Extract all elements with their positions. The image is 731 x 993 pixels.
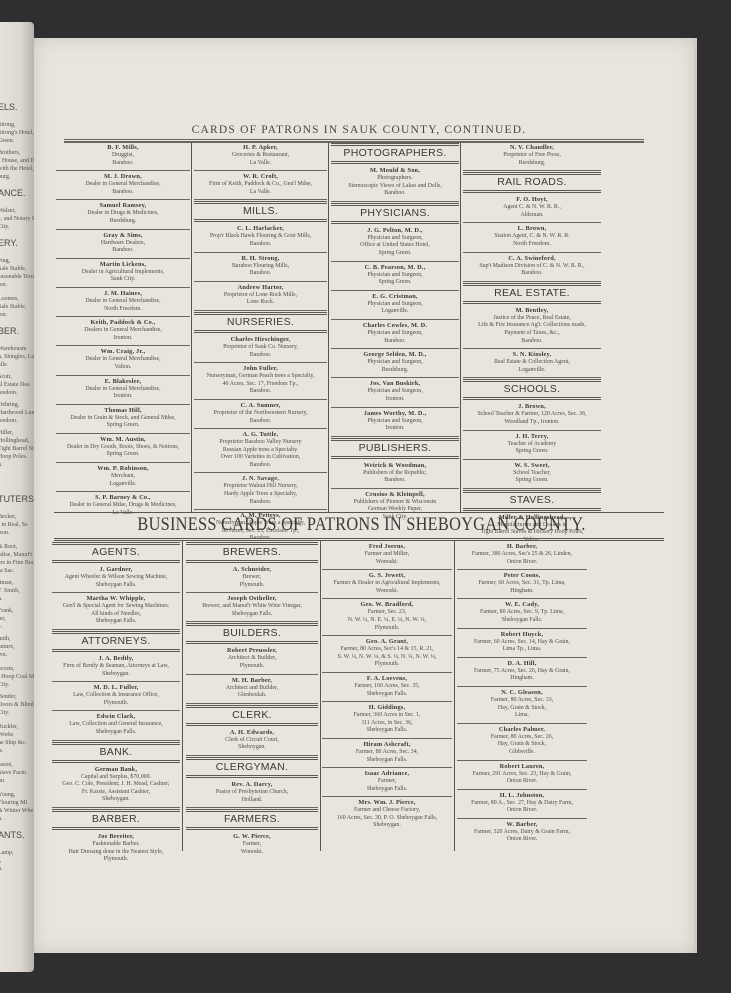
- patron-name: B. F. Mills,: [56, 144, 190, 152]
- left-page-text-fragment: h.: [0, 866, 34, 873]
- patron-name: H. Barber,: [457, 543, 587, 551]
- card-detail-line: Stereoscopic Views of Lakes and Dells,: [331, 183, 459, 191]
- patron-name: M. Bentley,: [463, 307, 601, 315]
- card-detail-line: Ironton.: [56, 393, 190, 401]
- card-detail-line: Reedsburg.: [56, 218, 190, 226]
- left-page-text-fragment: Lamp,: [0, 850, 34, 857]
- card-detail-line: Spring Green.: [56, 451, 190, 459]
- left-page-text-fragment: & Winter Whe: [0, 808, 34, 815]
- card-detail-line: Dealer in Agricultural Implements,: [56, 269, 190, 277]
- card-detail-line: Sheboygan Falls.: [322, 727, 452, 735]
- title-rule: [64, 139, 644, 140]
- left-page-text-fragment: ton.: [0, 312, 34, 319]
- left-page-text-fragment: Walser,: [0, 208, 34, 215]
- card-detail-line: Teacher of Academy: [463, 441, 601, 449]
- card-detail-line: Spring Green.: [463, 448, 601, 456]
- card-detail-line: School Teacher,: [463, 470, 601, 478]
- business-card: Geo. A. Grant,Farmer, 80 Acres, Sec's 14…: [322, 636, 452, 673]
- card-detail-line: Sheboygan.: [52, 671, 180, 679]
- sheboygan-column-4: H. Barber,Farmer, 380 Acres, Sec's 25 & …: [457, 541, 587, 847]
- patron-name: Wm. Craig, Jr.,: [56, 348, 190, 356]
- business-card: John Fuller,Nurseryman, German Peach tre…: [194, 363, 327, 400]
- patron-name: Geo. W. Bradford,: [322, 601, 452, 609]
- business-card: A. G. Tuttle,Proprietor Baraboo Valley N…: [194, 429, 327, 473]
- business-card: J. M. Haines,Dealer in General Merchandi…: [56, 288, 190, 317]
- left-page-text-fragment: t,: [0, 858, 34, 865]
- card-detail-line: Loganville.: [331, 308, 459, 316]
- business-card: Gray & Sims,Hardware Dealers,Baraboo.: [56, 230, 190, 259]
- left-page-text-fragment: Stave Facto: [0, 770, 34, 777]
- category-heading: SCHOOLS.: [463, 379, 601, 400]
- card-detail-line: Dealer in General Merchandise,: [56, 356, 190, 364]
- left-page-text-fragment: n.: [0, 596, 34, 603]
- left-page-text-fragment: ne Ship &c.: [0, 740, 34, 747]
- sheboygan-title-rule-bottom: [54, 538, 664, 539]
- card-detail-line: Farmer, 380 Acres, Sec's 25 & 26, Linden…: [457, 551, 587, 559]
- left-page-text-fragment: Ruckler,: [0, 724, 34, 731]
- left-page-category-fragment: ELS.: [0, 104, 34, 111]
- category-heading: AGENTS.: [52, 542, 180, 563]
- business-card: R. H. Strong,Baraboo Flouring Mills,Bara…: [194, 253, 327, 282]
- patron-name: Thomas Hill,: [56, 407, 190, 415]
- card-detail-line: Plymouth.: [186, 663, 318, 671]
- category-heading: PHOTOGRAPHERS.: [331, 143, 459, 164]
- patron-name: Joseph Ostheller,: [186, 595, 318, 603]
- sauk-column-3: PHOTOGRAPHERS.M. Mould & Son,Photographe…: [331, 142, 459, 525]
- patron-name: Keith, Paddock & Co.,: [56, 319, 190, 327]
- card-detail-line: Loganville.: [463, 367, 601, 375]
- patron-name: Robert Huyck,: [457, 631, 587, 639]
- patron-name: R. H. Strong,: [194, 255, 327, 263]
- patron-name: Robert Lauren,: [457, 763, 587, 771]
- patron-name: Fred Joerns,: [322, 543, 452, 551]
- patron-name: German Bank,: [52, 766, 180, 774]
- left-page-category-fragment: ERY.: [0, 240, 34, 247]
- patron-name: W. Barber,: [457, 821, 587, 829]
- left-page-text-fragment: on.: [0, 778, 34, 785]
- card-detail-line: Baraboo.: [194, 270, 327, 278]
- patron-name: M. J. Drown,: [56, 173, 190, 181]
- card-detail-line: North Freedom.: [463, 241, 601, 249]
- card-detail-line: Valton.: [56, 364, 190, 372]
- card-detail-line: Baraboo.: [331, 190, 459, 198]
- column-divider: [328, 142, 329, 512]
- card-detail-line: Ironton.: [331, 396, 459, 404]
- business-card: Isaac Adriance,Farmer,Sheboygan Falls.: [322, 768, 452, 797]
- card-detail-line: Merchant,: [56, 473, 190, 481]
- document-page: CARDS OF PATRONS IN SAUK COUNTY, CONTINU…: [34, 38, 694, 953]
- sauk-column-4: N. V. Chandler,Proprietor of Free Press,…: [463, 142, 601, 548]
- card-detail-line: La Valle.: [194, 160, 327, 168]
- patron-name: J. A. Bedtly,: [52, 655, 180, 663]
- business-card: D. A. Hill,Farmer, 75 Acres, Sec. 26, Ha…: [457, 658, 587, 687]
- card-detail-line: Onion River.: [457, 807, 587, 815]
- left-page-text-fragment: Green.: [0, 138, 34, 145]
- left-page-text-fragment: reedom.: [0, 418, 34, 425]
- business-card: Edwin Clark,Law, Collection and General …: [52, 711, 180, 740]
- patron-name: Charles Cowles, M. D.: [331, 322, 459, 330]
- patron-name: Charles Palmer,: [457, 726, 587, 734]
- category-heading: MILLS.: [194, 201, 327, 222]
- business-card: Thomas Hill,Dealer in Grain & Stock, and…: [56, 405, 190, 434]
- category-heading: NURSERIES.: [194, 312, 327, 333]
- patron-name: J. Gardner,: [52, 566, 180, 574]
- patron-name: Jos. Van Buskirk,: [331, 380, 459, 388]
- card-detail-line: Baraboo.: [194, 499, 327, 507]
- card-detail-line: N. W. ¼, N. E. ¼, E. ¼, N. W. ¼,: [322, 617, 452, 625]
- patron-name: J. H. Terry,: [463, 433, 601, 441]
- left-page-text-fragment: adise, Manuf'r: [0, 552, 34, 559]
- patron-name: S. P. Barney & Co.,: [56, 494, 190, 502]
- card-detail-line: Brewer, and Manuf'r White Wine Vinegar,: [186, 603, 318, 611]
- category-heading: FARMERS.: [186, 809, 318, 830]
- card-detail-line: Farmer, 160 Acres, Sec. 35,: [322, 683, 452, 691]
- card-detail-line: Gen'l & Special Agent for Sewing Machine…: [52, 603, 180, 611]
- left-page-text-fragment: r in Real, Se: [0, 522, 34, 529]
- card-detail-line: Baraboo.: [194, 418, 327, 426]
- business-card: Fred Joerns,Farmer and Miller,Wonoski.: [322, 541, 452, 570]
- business-card: B. F. Mills,Druggist,Baraboo.: [56, 142, 190, 171]
- card-detail-line: Dealer in General Mdse, Drugs & Medicine…: [56, 502, 190, 510]
- business-card: Robert Huyck,Farmer, 60 Acres, Sec. 14, …: [457, 629, 587, 658]
- business-card: H. P. Apker,Groceries & Restaurant,La Va…: [194, 142, 327, 171]
- business-card: M. D. L. Fuller,Law, Collection & Insura…: [52, 682, 180, 711]
- card-detail-line: Physician and Surgeon,: [331, 418, 459, 426]
- business-card: F. A. Loevens,Farmer, 160 Acres, Sec. 35…: [322, 673, 452, 702]
- card-detail-line: Proprietor of the Northwestern Nursery,: [194, 410, 327, 418]
- card-detail-line: Agent Wheeler & Wilson Sewing Machine,: [52, 574, 180, 582]
- card-detail-line: Baraboo.: [56, 189, 190, 197]
- business-card: G. S. Jewett,Farmer & Dealer in Agricult…: [322, 570, 452, 599]
- patron-name: N. V. Chandler,: [463, 144, 601, 152]
- card-detail-line: Farmer & Dealer in Agricultural Implemen…: [322, 580, 452, 588]
- left-page-text-fragment: Flouring Mi: [0, 800, 34, 807]
- card-detail-line: Plymouth.: [52, 856, 180, 864]
- card-detail-line: Onion River.: [457, 836, 587, 844]
- card-detail-line: Lone Rock.: [194, 299, 327, 307]
- card-detail-line: Dealer in Dry Goods, Boots, Shoes, & Not…: [56, 444, 190, 452]
- card-detail-line: S. W. ¼, N. W. ¼, & S. ¼, N. ¼, N. W. ¼,: [322, 654, 452, 662]
- card-detail-line: Wonoski.: [322, 559, 452, 567]
- patron-name: G. S. Jewett,: [322, 572, 452, 580]
- patron-name: Rev. A. Darcy,: [186, 781, 318, 789]
- business-card: M. Mould & Son,Photographers.Stereoscopi…: [331, 165, 459, 202]
- card-detail-line: 40 Acres, Sec. 17, Freedom Tp.,: [194, 381, 327, 389]
- card-detail-line: La Valle.: [194, 189, 327, 197]
- card-detail-line: Sheboygan Falls.: [52, 618, 180, 626]
- card-detail-line: Farmer, 75 Acres, Sec. 26, Hay & Grain,: [457, 668, 587, 676]
- card-detail-line: Physician and Surgeon,: [331, 330, 459, 338]
- card-detail-line: Glenbeulah.: [186, 692, 318, 700]
- card-detail-line: Sheboygan.: [52, 796, 180, 804]
- card-detail-line: Sheboygan Falls.: [52, 729, 180, 737]
- left-page-text-fragment: & Root,: [0, 544, 34, 551]
- business-card: Geo. W. Bradford,Farmer, Sec. 23,N. W. ¼…: [322, 599, 452, 636]
- left-page-text-fragment: Oehring,: [0, 402, 34, 409]
- left-page-text-fragment: reedom.: [0, 390, 34, 397]
- left-page-text-fragment: al Estate Dea: [0, 382, 34, 389]
- patron-name: M. H. Barber,: [186, 677, 318, 685]
- column-divider: [454, 541, 455, 851]
- card-detail-line: Plymouth.: [322, 625, 452, 633]
- left-page-text-fragment: Young,: [0, 792, 34, 799]
- business-card: Weirick & Woodman,Publishers of the Repu…: [331, 460, 459, 489]
- card-detail-line: Farmer, 80 Acres, Sec. 9, Tp. Lima,: [457, 609, 587, 617]
- business-card: Martin Lickens,Dealer in Agricultural Im…: [56, 259, 190, 288]
- left-page-text-fragment: t Hoop Coal M: [0, 674, 34, 681]
- card-detail-line: Hardy Apple Trees a Specialty,: [194, 491, 327, 499]
- card-detail-line: Wonoski.: [186, 849, 318, 857]
- patron-name: Crusius & Kleinpell,: [331, 491, 459, 499]
- card-detail-line: Baraboo.: [331, 338, 459, 346]
- card-detail-line: Prop'r Black Hawk Flouring & Grist Mills…: [194, 233, 327, 241]
- left-page-text-fragment: Frank,: [0, 608, 34, 615]
- facing-left-page-edge: ELS.Strong,Strong's Hotel,Green.Brothers…: [0, 22, 34, 972]
- card-detail-line: Farmer, 320 Acres, Dairy & Grain Farm,: [457, 829, 587, 837]
- card-detail-line: Reedsburg.: [331, 367, 459, 375]
- category-heading: ATTORNEYS.: [52, 631, 180, 652]
- left-page-text-fragment: acoste,: [0, 666, 34, 673]
- category-heading: BARBER.: [52, 809, 180, 830]
- patron-name: Hiram Ashcraft,: [322, 741, 452, 749]
- card-detail-line: Proprietor of Lone Rock Mills,: [194, 292, 327, 300]
- category-heading: STAVES.: [463, 490, 601, 511]
- card-detail-line: Brewer,: [186, 574, 318, 582]
- business-card: J. N. Savage,Proprietor Walnut Hill Nurs…: [194, 473, 327, 510]
- patron-name: M. D. L. Fuller,: [52, 684, 180, 692]
- business-card: W. S. Sweet,School Teacher,Spring Green.: [463, 460, 601, 489]
- card-detail-line: All kinds of Needles,: [52, 611, 180, 619]
- business-card: E. Blakeslee,Dealer in General Merchandi…: [56, 376, 190, 405]
- left-page-text-fragment: burg.: [0, 174, 34, 181]
- card-detail-line: Hingham.: [457, 675, 587, 683]
- card-detail-line: Sup't Madison Division of C. & N. W. R. …: [463, 263, 601, 271]
- left-page-text-fragment: Tight Barrel St: [0, 446, 34, 453]
- card-detail-line: Baraboo Flouring Mills,: [194, 263, 327, 271]
- card-detail-line: Holland.: [186, 797, 318, 805]
- patron-name: W. S. Sweet,: [463, 462, 601, 470]
- card-detail-line: Sheboygan Falls.: [322, 786, 452, 794]
- business-card: Hiram Ashcraft,Farmer, 80 Acres, Sec. 34…: [322, 739, 452, 768]
- column-divider: [182, 541, 183, 851]
- card-detail-line: Clerk of Circuit Court,: [186, 737, 318, 745]
- business-card: Jos. Van Buskirk,Physician and Surgeon,I…: [331, 378, 459, 407]
- business-card: Wm. Craig, Jr.,Dealer in General Merchan…: [56, 346, 190, 375]
- left-page-text-fragment: anture,: [0, 644, 34, 651]
- card-detail-line: Dealer in General Merchandise,: [56, 386, 190, 394]
- business-card: M. Bentley,Justice of the Peace, Real Es…: [463, 305, 601, 349]
- business-card: German Bank,Capital and Surplus, $70,000…: [52, 764, 180, 808]
- card-detail-line: Spring Green.: [331, 250, 459, 258]
- card-detail-line: Publishers of Pioneer & Wisconsin: [331, 499, 459, 507]
- business-card: J. Gardner,Agent Wheeler & Wilson Sewing…: [52, 564, 180, 593]
- business-card: W. E. Cady,Farmer, 80 Acres, Sec. 9, Tp.…: [457, 599, 587, 628]
- card-detail-line: Farmer and Cheese Factory,: [322, 807, 452, 815]
- card-detail-line: Onion River.: [457, 559, 587, 567]
- card-detail-line: Geo. C. Cole, President; J. H. Mead, Cas…: [52, 781, 180, 789]
- business-card: J. H. Terry,Teacher of AcademySpring Gre…: [463, 431, 601, 460]
- business-card: L. Brown,Station Agent, C. & N. W. R. R.…: [463, 223, 601, 252]
- card-detail-line: Farmer,: [322, 778, 452, 786]
- card-detail-line: Baraboo.: [194, 241, 327, 249]
- left-page-category-fragment: TUTERS.: [0, 496, 34, 503]
- business-card: N. C. Gleason,Farmer, 80 Acres, Sec. 33,…: [457, 687, 587, 724]
- card-detail-line: Baraboo.: [56, 160, 190, 168]
- card-detail-line: Druggist,: [56, 152, 190, 160]
- business-card: J. A. Bedtly,Firm of Bently & Seaman, At…: [52, 653, 180, 682]
- card-detail-line: Farmer, 80 A., Sec. 27, Hay & Dairy Farm…: [457, 800, 587, 808]
- card-detail-line: Farmer,: [186, 841, 318, 849]
- patron-name: G. W. Pierce,: [186, 833, 318, 841]
- card-detail-line: Dealer in Drugs & Medicines,: [56, 210, 190, 218]
- patron-name: L. Brown,: [463, 225, 601, 233]
- left-page-category-fragment: ANTS.: [0, 832, 34, 839]
- business-card: Joe Bereiter,Fashionable Barber.Hair Dre…: [52, 831, 180, 867]
- category-heading: PUBLISHERS.: [331, 438, 459, 459]
- card-detail-line: Law, Collection & Insurance Office,: [52, 692, 180, 700]
- patron-name: M. Mould & Son,: [331, 167, 459, 175]
- left-page-text-fragment: Doors & Blind: [0, 702, 34, 709]
- card-detail-line: Ironton.: [56, 335, 190, 343]
- card-detail-line: Proprietor Baraboo Valley Nursery: [194, 439, 327, 447]
- card-detail-line: Baraboo.: [463, 338, 601, 346]
- patron-name: C. B. Pearson, M. D.,: [331, 264, 459, 272]
- card-detail-line: School Teacher & Farmer, 120 Acres, Sec.…: [463, 411, 601, 419]
- card-detail-line: Architect and Builder,: [186, 685, 318, 693]
- patron-name: Charles Hirschinger,: [194, 336, 327, 344]
- patron-name: Geo. A. Grant,: [322, 638, 452, 646]
- card-detail-line: Farmer, 60 Acres, Sec. 31, Tp. Lima,: [457, 580, 587, 588]
- patron-name: C. L. Harlacker,: [194, 225, 327, 233]
- card-detail-line: Plymouth.: [52, 700, 180, 708]
- card-detail-line: Firm of Bently & Seaman, Attorneys at La…: [52, 663, 180, 671]
- business-card: J. Brown,School Teacher & Farmer, 120 Ac…: [463, 401, 601, 430]
- left-page-text-fragment: Warehousm: [0, 346, 34, 353]
- patron-name: John Fuller,: [194, 365, 327, 373]
- card-detail-line: Sheboygan.: [186, 744, 318, 752]
- patron-name: Andrew Hartor,: [194, 284, 327, 292]
- card-detail-line: Capital and Surplus, $70,000.: [52, 774, 180, 782]
- card-detail-line: Farmer, 80 Acres, Sec. 34,: [322, 749, 452, 757]
- category-heading: BREWERS.: [186, 542, 318, 563]
- sheboygan-county-section-title: BUSINESS CARDS OF PATRONS IN SHEBOYGAN C…: [97, 514, 626, 536]
- business-card: Rev. A. Darcy,Pastor of Presbyterian Chu…: [186, 779, 318, 808]
- left-page-text-fragment: City.: [0, 682, 34, 689]
- card-detail-line: Baraboo.: [463, 270, 601, 278]
- card-detail-line: Sauk City.: [56, 276, 190, 284]
- card-detail-line: Hingham.: [457, 588, 587, 596]
- card-detail-line: Life & Fire Insurance Ag't. Collections …: [463, 322, 601, 330]
- patron-name: J. N. Savage,: [194, 475, 327, 483]
- left-page-text-fragment: easonable Term: [0, 274, 34, 281]
- card-detail-line: Fashionable Barber.: [52, 841, 180, 849]
- business-card: A. Schneider,Brewer,Plymouth.: [186, 564, 318, 593]
- business-card: H. Giddings,Farmer, 360 Acres in Sec. 1,…: [322, 702, 452, 739]
- card-detail-line: Reedsburg.: [463, 160, 601, 168]
- card-detail-line: Woodland Tp., Ironton.: [463, 419, 601, 427]
- card-detail-line: Station Agent, C. & N. W. R. R.: [463, 233, 601, 241]
- left-page-text-fragment: asson,: [0, 762, 34, 769]
- card-detail-line: Agent C. & N. W. R. R.,: [463, 204, 601, 212]
- card-detail-line: Photographers.: [331, 175, 459, 183]
- left-page-text-fragment: e, and Notary Pu: [0, 216, 34, 223]
- card-detail-line: Sheboygan Falls.: [322, 757, 452, 765]
- business-card: F. O. Hoyt,Agent C. & N. W. R. R.,Ablema…: [463, 194, 601, 223]
- patron-name: F. A. Loevens,: [322, 675, 452, 683]
- patron-name: H. Giddings,: [322, 704, 452, 712]
- business-card: W. R. Croft,Firm of Keith, Paddock & Co.…: [194, 171, 327, 200]
- business-card: C. B. Pearson, M. D.,Physician and Surge…: [331, 262, 459, 291]
- card-detail-line: Proprietor of Free Press,: [463, 152, 601, 160]
- card-detail-line: Farmer, 60 Acres, Sec. 14, Hay & Grain,: [457, 639, 587, 647]
- patron-name: A. Schneider,: [186, 566, 318, 574]
- patron-name: W. E. Cady,: [457, 601, 587, 609]
- patron-name: H. P. Apker,: [194, 144, 327, 152]
- left-page-text-fragment: F. Smith,: [0, 588, 34, 595]
- card-detail-line: Dealer in Grain & Stock, and General Mds…: [56, 415, 190, 423]
- patron-name: F. O. Hoyt,: [463, 196, 601, 204]
- card-detail-line: Dealer in General Merchandise,: [56, 298, 190, 306]
- left-page-text-fragment: Strong's Hotel,: [0, 130, 34, 137]
- left-page-text-fragment: ving,: [0, 258, 34, 265]
- left-page-text-fragment: alle.: [0, 362, 34, 369]
- card-detail-line: Farmer, 80 Acres, Sec. 33,: [457, 697, 587, 705]
- patron-name: Mrs. Wm. J. Pierce,: [322, 799, 452, 807]
- patron-name: Gray & Sims,: [56, 232, 190, 240]
- business-card: C. L. Harlacker,Prop'r Black Hawk Flouri…: [194, 223, 327, 252]
- left-page-text-fragment: n.: [0, 816, 34, 823]
- card-detail-line: Plymouth.: [186, 582, 318, 590]
- left-page-text-fragment: Hoop Poles.: [0, 454, 34, 461]
- card-detail-line: Sheboygan Falls.: [52, 582, 180, 590]
- category-heading: BUILDERS.: [186, 623, 318, 644]
- card-detail-line: Farmer and Miller,: [322, 551, 452, 559]
- card-detail-line: Physician and Surgeon,: [331, 301, 459, 309]
- patron-name: Samuel Ramsey,: [56, 202, 190, 210]
- business-card: Peter Coons,Farmer, 60 Acres, Sec. 31, T…: [457, 570, 587, 599]
- card-detail-line: Farmer, 80 Acres, Sec. 26,: [457, 734, 587, 742]
- card-detail-line: Real Estate & Collection Agent,: [463, 359, 601, 367]
- patron-name: S. N. Kinsley,: [463, 351, 601, 359]
- card-detail-line: Loganville.: [56, 481, 190, 489]
- sheboygan-title-rule-top: [54, 512, 664, 513]
- patron-name: E. Blakeslee,: [56, 378, 190, 386]
- column-divider: [320, 541, 321, 851]
- left-page-category-fragment: BER.: [0, 328, 34, 335]
- card-detail-line: Spring Green.: [56, 422, 190, 430]
- business-card: Charles Palmer,Farmer, 80 Acres, Sec. 26…: [457, 724, 587, 761]
- card-detail-line: Groceries & Restaurant,: [194, 152, 327, 160]
- card-detail-line: Payment of Taxes, &c.,: [463, 330, 601, 338]
- card-detail-line: Architect & Builder,: [186, 655, 318, 663]
- patron-name: Isaac Adriance,: [322, 770, 452, 778]
- card-detail-line: Physician and Surgeon,: [331, 388, 459, 396]
- category-heading: REAL ESTATE.: [463, 283, 601, 304]
- patron-name: Peter Coons,: [457, 572, 587, 580]
- sheboygan-column-1: AGENTS.J. Gardner,Agent Wheeler & Wilson…: [52, 541, 180, 867]
- card-detail-line: Russian Apple trees a Specialty.: [194, 447, 327, 455]
- business-card: Samuel Ramsey,Dealer in Drugs & Medicine…: [56, 200, 190, 229]
- card-detail-line: Hardware Dealers,: [56, 240, 190, 248]
- business-card: Robert Preussler,Architect & Builder,Ply…: [186, 645, 318, 674]
- patron-name: James Worthy, M. D.,: [331, 410, 459, 418]
- patron-name: D. A. Hill,: [457, 660, 587, 668]
- card-detail-line: Lima Tp., Lima.: [457, 646, 587, 654]
- card-detail-line: Farmer, Sec. 23,: [322, 609, 452, 617]
- patron-name: E. G. Cristman,: [331, 293, 459, 301]
- business-card: E. G. Cristman,Physician and Surgeon,Log…: [331, 291, 459, 320]
- business-card: Martha W. Whipple,Gen'l & Special Agent …: [52, 593, 180, 630]
